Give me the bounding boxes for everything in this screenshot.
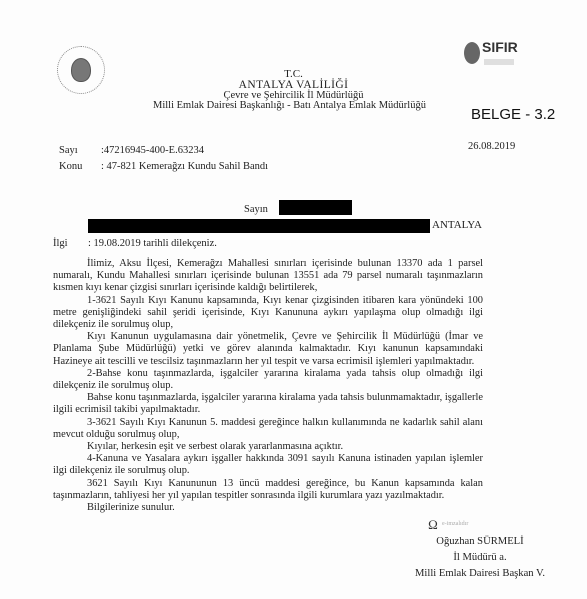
paragraph-2-question: 2-Bahse konu taşınmazlarda, işgalciler y…: [53, 368, 483, 392]
belge-label: BELGE - 3.2: [471, 106, 555, 123]
zero-waste-logo-icon: [464, 42, 480, 64]
e-signature-icon: Ω: [428, 517, 438, 533]
paragraph-1-question: 1-3621 Sayılı Kıyı Kanunu kapsamında, Kı…: [53, 295, 483, 332]
paragraph-4-question: 4-Kanuna ve Yasalara aykırı işgaller hak…: [53, 453, 483, 477]
signer-name: Oğuzhan SÜRMELİ: [375, 534, 585, 550]
sayi-value: :47216945-400-E.63234: [101, 145, 204, 156]
signature-block: Oğuzhan SÜRMELİ İl Müdürü a. Milli Emlak…: [375, 534, 585, 582]
redacted-address: [88, 219, 430, 233]
paragraph-3-question: 3-3621 Sayılı Kıyı Kanunun 5. maddesi ge…: [53, 417, 483, 441]
paragraph-4-answer: 3621 Sayılı Kıyı Kanununun 13 üncü madde…: [53, 478, 483, 502]
address-city: ANTALYA: [432, 219, 482, 231]
header-valilik: ANTALYA VALİLİĞİ: [0, 80, 587, 90]
paragraph-intro: İlimiz, Aksu İlçesi, Kemerağzı Mahallesi…: [53, 258, 483, 295]
konu-label: Konu: [59, 161, 82, 172]
sayin-label: Sayın: [244, 204, 268, 215]
ilgi-value: : 19.08.2019 tarihli dilekçeniz.: [88, 238, 217, 249]
sifir-logo-text: SIFIR: [482, 39, 518, 55]
e-signature: Ω e-imzalıdır: [428, 519, 538, 533]
letter-body: İlimiz, Aksu İlçesi, Kemerağzı Mahallesi…: [53, 258, 483, 514]
ilgi-label: İlgi: [53, 238, 68, 249]
paragraph-3-answer: Kıyılar, herkesin eşit ve serbest olarak…: [53, 441, 483, 453]
paragraph-closing: Bilgilerinize sunulur.: [53, 502, 483, 514]
logo-subtext: [484, 59, 514, 65]
paragraph-2-answer: Bahse konu taşınmazlarda, işgalciler yar…: [53, 392, 483, 416]
document-date: 26.08.2019: [468, 141, 515, 152]
sayi-label: Sayı: [59, 145, 78, 156]
e-signature-text: e-imzalıdır: [442, 521, 468, 527]
konu-value: : 47-821 Kemerağzı Kundu Sahil Bandı: [101, 161, 268, 172]
signer-title-1: İl Müdürü a.: [375, 550, 585, 566]
signer-title-2: Milli Emlak Dairesi Başkan V.: [375, 566, 585, 582]
header-tc: T.C.: [0, 69, 587, 79]
redacted-name: [279, 200, 352, 215]
paragraph-1-answer: Kıyı Kanunun uygulamasına dair yönetmeli…: [53, 331, 483, 368]
